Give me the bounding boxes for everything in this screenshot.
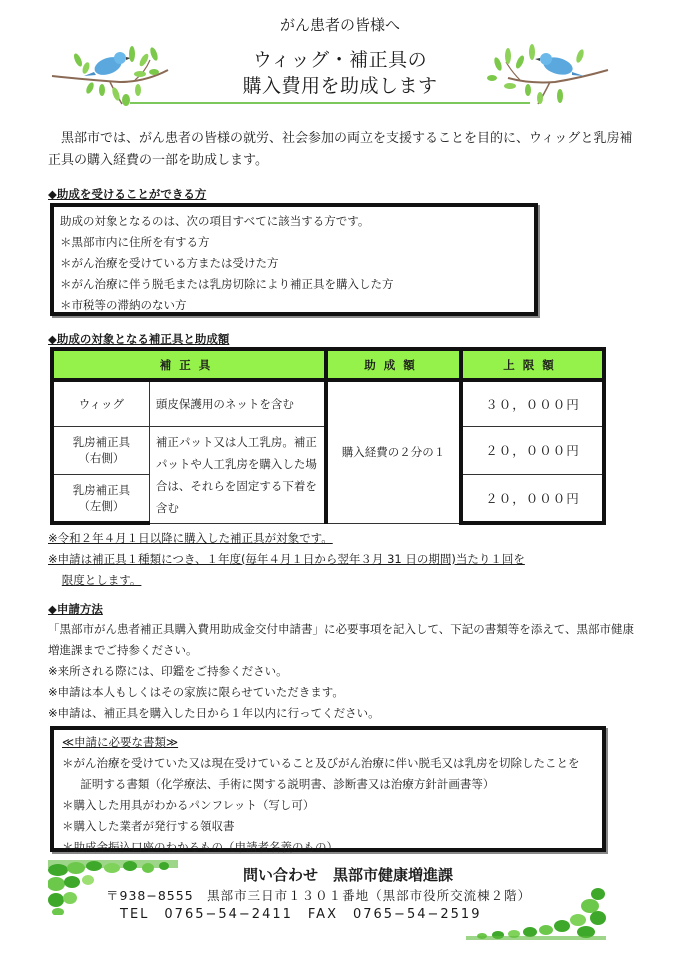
limit-amount: ２０，０００円 <box>461 475 604 524</box>
contact-address: 〒938−8555 黒部市三日市１３０１番地（黒部市役所交流棟２階） <box>106 886 531 904</box>
application-note: ※来所される際には、印鑑をご持参ください。 <box>48 661 638 682</box>
application-heading: ◆申請方法 <box>48 601 103 617</box>
eligibility-box: 助成の対象となるのは、次の項目すべてに該当する方です。 ＊黒部市内に住所を有する… <box>50 203 538 316</box>
item-name-side: （右側） <box>54 450 149 466</box>
eligibility-heading: ◆助成を受けることができる方 <box>48 186 206 202</box>
required-documents-box: ≪申請に必要な書類≫ ＊がん治療を受けていた又は現在受けていること及びがん治療に… <box>50 726 606 852</box>
document-item: ＊助成金振込口座のわかるもの（申請者名義のもの） <box>62 837 594 858</box>
eligibility-lead: 助成の対象となるのは、次の項目すべてに該当する方です。 <box>60 211 528 232</box>
pre-title: がん患者の皆様へ <box>0 14 680 35</box>
column-header-rate: 助成額 <box>326 349 461 380</box>
document-item: ＊購入した業者が発行する領収書 <box>62 816 594 837</box>
contact-title: 問い合わせ 黒部市健康増進課 <box>48 864 608 885</box>
page-title-line1: ウィッグ・補正具の <box>0 47 680 73</box>
subsidy-table-heading: ◆助成の対象となる補正具と助成額 <box>48 331 229 347</box>
intro-paragraph: 黒部市では、がん患者の皆様の就労、社会参加の両立を支援することを目的に、ウィッグ… <box>48 128 638 172</box>
note-frequency: ※申請は補正具１種類につき、１年度(毎年４月１日から翌年３月 31 日の期間)当… <box>48 549 638 570</box>
item-name-main: 乳房補正具 <box>54 434 149 450</box>
note-eligible-date: ※令和２年４月１日以降に購入した補正具が対象です。 <box>48 528 638 549</box>
item-name: 乳房補正具 （左側） <box>52 475 149 524</box>
contact-footer: 問い合わせ 黒部市健康増進課 〒938−8555 黒部市三日市１３０１番地（黒部… <box>48 860 608 940</box>
eligibility-item: ＊がん治療を受けている方または受けた方 <box>60 253 528 274</box>
eligibility-item: ＊市税等の滞納のない方 <box>60 295 528 316</box>
table-notes: ※令和２年４月１日以降に購入した補正具が対象です。 ※申請は補正具１種類につき、… <box>48 528 638 591</box>
item-name-side: （左側） <box>54 498 149 514</box>
item-name: ウィッグ <box>52 380 149 426</box>
limit-amount: ３０，０００円 <box>461 380 604 426</box>
page-title: ウィッグ・補正具の 購入費用を助成します <box>0 47 680 99</box>
document-item: ＊がん治療を受けていた又は現在受けていること及びがん治療に伴い脱毛又は乳房を切除… <box>62 753 594 774</box>
document-item-cont: 証明する書類（化学療法、手術に関する説明書、診断書又は治療方針計画書等） <box>62 774 594 795</box>
eligibility-item: ＊黒部市内に住所を有する方 <box>60 232 528 253</box>
application-method: 「黒部市がん患者補正具購入費用助成金交付申請書」に必要事項を記入して、下記の書類… <box>48 619 638 724</box>
application-note: ※申請は、補正具を購入した日から１年以内に行ってください。 <box>48 703 638 724</box>
limit-amount: ２０，０００円 <box>461 426 604 475</box>
item-name-main: 乳房補正具 <box>54 482 149 498</box>
table-row: ウィッグ 頭皮保護用のネットを含む 購入経費の２分の１ ３０，０００円 <box>52 380 604 426</box>
column-header-limit: 上限額 <box>461 349 604 380</box>
item-description: 補正パット又は人工乳房。補正パットや人工乳房を購入した場合は、それらを固定する下… <box>149 426 326 523</box>
subsidy-rate: 購入経費の２分の１ <box>326 380 461 523</box>
eligibility-item: ＊がん治療に伴う脱毛または乳房切除により補正具を購入した方 <box>60 274 528 295</box>
note-frequency-cont: 限度とします。 <box>48 570 638 591</box>
item-description: 頭皮保護用のネットを含む <box>149 380 326 426</box>
table-header-row: 補正具 助成額 上限額 <box>52 349 604 380</box>
document-item: ＊購入した用具がわかるパンフレット（写し可） <box>62 795 594 816</box>
required-documents-title: ≪申請に必要な書類≫ <box>62 732 594 753</box>
column-header-item: 補正具 <box>52 349 326 380</box>
subsidy-table: 補正具 助成額 上限額 ウィッグ 頭皮保護用のネットを含む 購入経費の２分の１ … <box>50 347 606 525</box>
title-underline <box>130 102 530 104</box>
item-name: 乳房補正具 （右側） <box>52 426 149 475</box>
contact-phone-fax: TEL 0765−54−2411 FAX 0765−54−2519 <box>120 903 481 922</box>
application-instructions: 「黒部市がん患者補正具購入費用助成金交付申請書」に必要事項を記入して、下記の書類… <box>48 619 638 661</box>
application-note: ※申請は本人もしくはその家族に限らせていただきます。 <box>48 682 638 703</box>
page-title-line2: 購入費用を助成します <box>0 73 680 99</box>
